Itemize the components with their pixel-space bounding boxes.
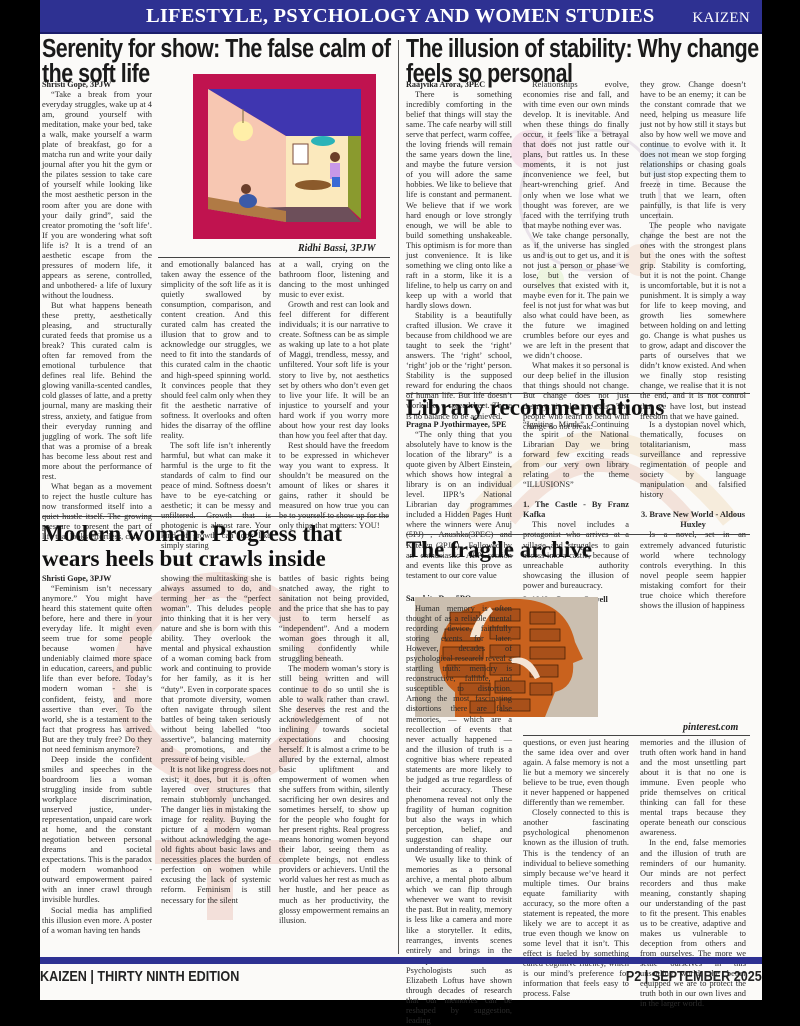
edition-label: KAIZEN | THIRTY NINTH EDITION: [40, 968, 239, 985]
modern-woman-column-2: showing the multitasking she is always a…: [161, 574, 271, 954]
byline-serenity: Shristi Gope, 3PJW: [42, 80, 111, 89]
paragraph: The people who navigate change the best …: [640, 221, 746, 422]
paragraph: “Feminism isn’t necessary anymore.” You …: [42, 584, 152, 755]
image-credit-serenity: Ridhi Bassi, 3PJW: [298, 243, 376, 254]
serenity-column-1: “Take a break from your everyday struggl…: [42, 90, 152, 513]
serenity-column-2: and emotionally balanced has taken away …: [161, 260, 271, 513]
modern-woman-column-3: battles of basic rights being snatched a…: [279, 574, 389, 954]
byline-modern-woman: Shristi Gope, 3PJW: [42, 574, 111, 583]
byline-library: Pragna P Jyothirmayee, 5PE: [406, 420, 507, 429]
section-banner: LIFESTYLE, PSYCHOLOGY AND WOMEN STUDIES …: [40, 0, 762, 34]
headline-archive: The fragile archive: [406, 538, 592, 561]
paragraph: Social media has amplified this illusion…: [42, 906, 152, 936]
newspaper-page: LIFESTYLE, PSYCHOLOGY AND WOMEN STUDIES …: [40, 0, 762, 1000]
paragraph: There is something incredibly comforting…: [406, 90, 512, 311]
library-column-1: “The only thing that you absolutely have…: [406, 430, 512, 530]
paragraph: Relationships evolve, economies rise and…: [523, 80, 629, 231]
library-column-2: “Igniting Minds”. Continuing the spirit …: [523, 420, 629, 530]
paragraph: “Take a break from your everyday struggl…: [42, 90, 152, 301]
paragraph: But what happens beneath these pretty, a…: [42, 301, 152, 482]
paragraph: questions, or even just hearing the same…: [523, 738, 629, 808]
headline-library: Library recommendations: [406, 396, 664, 419]
paragraph: We take change personally, as if the uni…: [523, 231, 629, 362]
serenity-column-3: at a wall, crying on the bathroom floor,…: [279, 260, 389, 513]
brand-name: KAIZEN: [692, 10, 750, 27]
image-credit-archive: pinterest.com: [683, 722, 738, 733]
paragraph: Is a novel, set in an extremely advanced…: [640, 530, 746, 610]
room-illustration-icon: [208, 89, 361, 224]
section-divider: [406, 534, 750, 535]
paragraph: Deep inside the confident smiles and spe…: [42, 755, 152, 906]
paragraph: “Igniting Minds”. Continuing the spirit …: [523, 420, 629, 490]
page-date-label: P2 | SEPTEMBER 2025: [626, 968, 762, 985]
paragraph: memories and the illusion of truth often…: [640, 738, 746, 838]
byline-stability: Raajvika Arora, 3PEC: [406, 80, 485, 89]
archive-column-2: questions, or even just hearing the same…: [523, 738, 629, 954]
paragraph: and emotionally balanced has taken away …: [161, 260, 271, 441]
paragraph: Is a dystopian novel which, thematically…: [640, 420, 746, 500]
paragraph: It is not like progress does not exist; …: [161, 765, 271, 906]
stability-column-1: There is something incredibly comforting…: [406, 90, 512, 390]
paragraph: at a wall, crying on the bathroom floor,…: [279, 260, 389, 300]
paragraph: battles of basic rights being snatched a…: [279, 574, 389, 664]
paragraph: Human memory is often thought of as a re…: [406, 604, 512, 855]
stability-column-3: they grow. Change doesn’t have to be an …: [640, 80, 746, 390]
caption-rule: [523, 735, 750, 736]
archive-column-3: memories and the illusion of truth often…: [640, 738, 746, 954]
library-column-3: Is a dystopian novel which, thematically…: [640, 420, 746, 530]
paragraph: Growth and rest can look and feel differ…: [279, 300, 389, 441]
archive-column-1: Human memory is often thought of as a re…: [406, 604, 512, 954]
footer-bar: [40, 957, 762, 964]
paragraph: The modern woman’s story is still being …: [279, 664, 389, 925]
illustration-soft-life: [193, 74, 376, 239]
paragraph: Rest should have the freedom to be expre…: [279, 441, 389, 531]
column-divider: [398, 40, 399, 954]
book-title: 3. Brave New World - Aldous Huxley: [640, 510, 746, 530]
book-title: 1. The Castle - By Franz Kafka: [523, 500, 629, 520]
paragraph: they grow. Change doesn’t have to be an …: [640, 80, 746, 221]
paragraph: We usually like to think of memories as …: [406, 855, 512, 1000]
section-divider: [42, 516, 389, 517]
section-divider: [406, 393, 750, 394]
paragraph: showing the multitasking she is always a…: [161, 574, 271, 765]
caption-rule: [158, 257, 390, 258]
section-title: LIFESTYLE, PSYCHOLOGY AND WOMEN STUDIES: [146, 5, 654, 28]
stability-column-2: Relationships evolve, economies rise and…: [523, 80, 629, 390]
paragraph: Closely connected to this is another fas…: [523, 808, 629, 999]
headline-modern-woman: Modern woman: Progress that wears heels …: [42, 521, 392, 571]
modern-woman-column-1: “Feminism isn’t necessary anymore.” You …: [42, 584, 152, 954]
